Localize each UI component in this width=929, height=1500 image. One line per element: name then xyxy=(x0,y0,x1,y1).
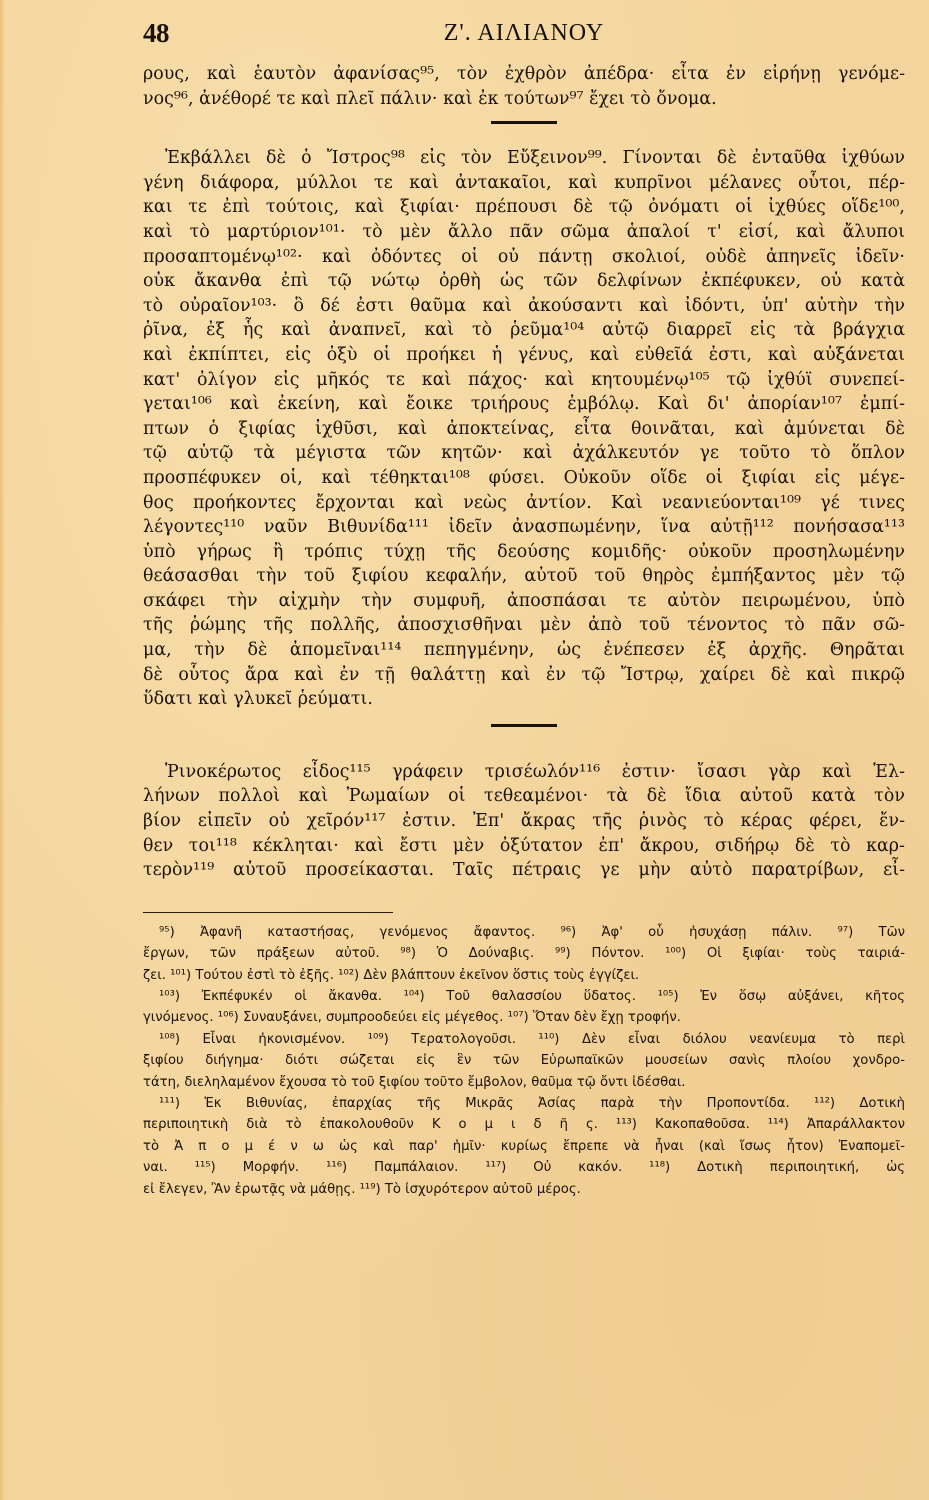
text-line: τὸ οὐραῖον¹⁰³· ὃ δέ ἐστι θαῦμα καὶ ἀκούσ… xyxy=(143,294,905,319)
page-edge xyxy=(0,0,5,1500)
running-head: Ζ'. ΑΙΛΙΑΝΟΥ xyxy=(143,20,905,47)
footnote-line: ζει. ¹⁰¹) Τούτου ἐστὶ τὸ ἐξῆς. ¹⁰²) Δὲν … xyxy=(143,965,905,986)
text-line: Ῥινοκέρωτος εἶδος¹¹⁵ γράφειν τρισέωλόν¹¹… xyxy=(143,760,905,785)
text-line: κατ' ὀλίγον εἰς μῆκός τε καὶ πάχος· καὶ … xyxy=(143,368,905,393)
footnote-line: ¹¹¹) Ἐκ Βιθυνίας, ἐπαρχίας τῆς Μικρᾶς Ἀσ… xyxy=(143,1093,905,1114)
text-line: και τε ἐπὶ τούτοις, καὶ ξιφίαι· πρέπουσι… xyxy=(143,195,905,220)
footnote-line: γινόμενος. ¹⁰⁶) Συναυξάνει, συμπροοδεύει… xyxy=(143,1007,905,1028)
text-line: οὐκ ἄκανθα ἐπὶ τῷ νώτῳ ὀρθὴ ὡς τῶν δελφί… xyxy=(143,269,905,294)
section-divider xyxy=(491,724,557,727)
text-line: τῆς ῥώμης τῆς πολλῆς, ἀποσχισθῆναι μὲν ἀ… xyxy=(143,613,905,638)
footnote-line: περιποιητικὴ διὰ τὸ ἐπακολουθοῦν Κ ο μ ι… xyxy=(143,1114,905,1135)
footnote-line: ἔργων, τῶν πράξεων αὐτοῦ. ⁹⁸) Ὁ Δούναβις… xyxy=(143,943,905,964)
text-line: ῥῖνα, ἐξ ἧς καὶ ἀναπνεῖ, καὶ τὸ ῥεῦμα¹⁰⁴… xyxy=(143,318,905,343)
text-line: μα, τὴν δὲ ἀπομεῖναι¹¹⁴ πεπηγμένην, ὡς ἐ… xyxy=(143,638,905,663)
text-line: προσπέφυκεν οἱ, καὶ τέθηκται¹⁰⁸ φύσει. Ο… xyxy=(143,466,905,491)
text-line: νος⁹⁶, ἀνέθορέ τε καὶ πλεῖ πάλιν· καὶ ἐκ… xyxy=(143,87,905,112)
book-page: 48 Ζ'. ΑΙΛΙΑΝΟΥ ρους, καὶ ἑαυτὸν ἀφανίσα… xyxy=(143,18,905,1200)
paragraph-1: ρους, καὶ ἑαυτὸν ἀφανίσας⁹⁵, τὸν ἐχθρὸν … xyxy=(143,62,905,111)
footnote-line: ναι. ¹¹⁵) Μορφήν. ¹¹⁶) Παμπάλαιον. ¹¹⁷) … xyxy=(143,1157,905,1178)
text-line: βίον εἰπεῖν οὐ χεῖρόν¹¹⁷ ἐστιν. Ἐπ' ἄκρα… xyxy=(143,809,905,834)
text-line: Ἐκβάλλει δὲ ὁ Ἴστρος⁹⁸ εἰς τὸν Εὔξεινον⁹… xyxy=(143,146,905,171)
text-line: θεν τοι¹¹⁸ κέκληται· καὶ ἔστι μὲν ὀξύτατ… xyxy=(143,834,905,859)
footnote-line: ξιφίου διήγημα· διότι σώζεται εἰς ἓν τῶν… xyxy=(143,1050,905,1071)
section-divider xyxy=(491,121,557,124)
text-line: γεται¹⁰⁶ καὶ ἐκείνη, καὶ ἔοικε τριήρους … xyxy=(143,392,905,417)
text-line: τερὸν¹¹⁹ αὐτοῦ προσείκασται. Ταῖς πέτραι… xyxy=(143,858,905,883)
page-header: 48 Ζ'. ΑΙΛΙΑΝΟΥ xyxy=(143,18,905,62)
text-line: ὑπὸ γήρως ἢ τρόπις τύχῃ τῆς δεούσης κομι… xyxy=(143,540,905,565)
text-line: δὲ οὗτος ἄρα καὶ ἐν τῇ θαλάττῃ καὶ ἐν τῷ… xyxy=(143,663,905,688)
text-line: πτων ὁ ξιφίας ἰχθῦσι, καὶ ἀποκτείνας, εἶ… xyxy=(143,417,905,442)
footnote-line: εἰ ἔλεγεν, Ἂν ἐρωτᾷς νὰ μάθῃς. ¹¹⁹) Τὸ ἰ… xyxy=(143,1179,905,1200)
text-line: λήνων πολλοὶ καὶ Ῥωμαίων οἱ τεθεαμένοι· … xyxy=(143,784,905,809)
text-line: λέγοντες¹¹⁰ ναῦν Βιθυνίδα¹¹¹ ἰδεῖν ἀνασπ… xyxy=(143,515,905,540)
footnote-line: τάτη, διεληλαμένον ἔχουσα τὸ τοῦ ξιφίου … xyxy=(143,1072,905,1093)
text-line: καὶ τὸ μαρτύριον¹⁰¹· τὸ μὲν ἄλλο πᾶν σῶμ… xyxy=(143,220,905,245)
footnote-line: ¹⁰³) Ἐκπέφυκέν οἱ ἄκανθα. ¹⁰⁴) Τοῦ θαλασ… xyxy=(143,986,905,1007)
text-line: καὶ ἐκπίπτει, εἰς ὀξὺ οἱ προήκει ἡ γένυς… xyxy=(143,343,905,368)
footnote-line: ⁹⁵) Ἀφανῆ καταστήσας, γενόμενος ἄφαντος.… xyxy=(143,922,905,943)
text-line: προσαπτομένῳ¹⁰²· καὶ ὀδόντες οἱ οὐ πάντῃ… xyxy=(143,245,905,270)
text-line: θος προήκοντες ἔρχονται καὶ νεὼς ἀντίον.… xyxy=(143,491,905,516)
footnote-line: τὸ Ἀ π ο μ έ ν ω ὡς καὶ παρ' ἡμῖν· κυρίω… xyxy=(143,1136,905,1157)
paragraph-3: Ῥινοκέρωτος εἶδος¹¹⁵ γράφειν τρισέωλόν¹¹… xyxy=(143,760,905,883)
text-line: σκάφει τὴν αἰχμὴν τὴν συμφυῆ, ἀποσπάσαι … xyxy=(143,589,905,614)
text-line: γένη διάφορα, μύλλοι τε καὶ ἀντακαῖοι, κ… xyxy=(143,171,905,196)
text-line: τῷ αὐτῷ τὰ μέγιστα τῶν κητῶν· καὶ ἀχάλκε… xyxy=(143,441,905,466)
text-line: ὕδατι καὶ γλυκεῖ ῥεύματι. xyxy=(143,687,905,712)
footnotes: ⁹⁵) Ἀφανῆ καταστήσας, γενόμενος ἄφαντος.… xyxy=(143,922,905,1200)
paragraph-2: Ἐκβάλλει δὲ ὁ Ἴστρος⁹⁸ εἰς τὸν Εὔξεινον⁹… xyxy=(143,146,905,712)
text-line: ρους, καὶ ἑαυτὸν ἀφανίσας⁹⁵, τὸν ἐχθρὸν … xyxy=(143,62,905,87)
footnote-rule xyxy=(143,912,393,913)
text-line: θεάσασθαι τὴν τοῦ ξιφίου κεφαλήν, αὐτοῦ … xyxy=(143,564,905,589)
footnote-line: ¹⁰⁸) Εἶναι ἠκονισμένον. ¹⁰⁹) Τερατολογοῦ… xyxy=(143,1029,905,1050)
